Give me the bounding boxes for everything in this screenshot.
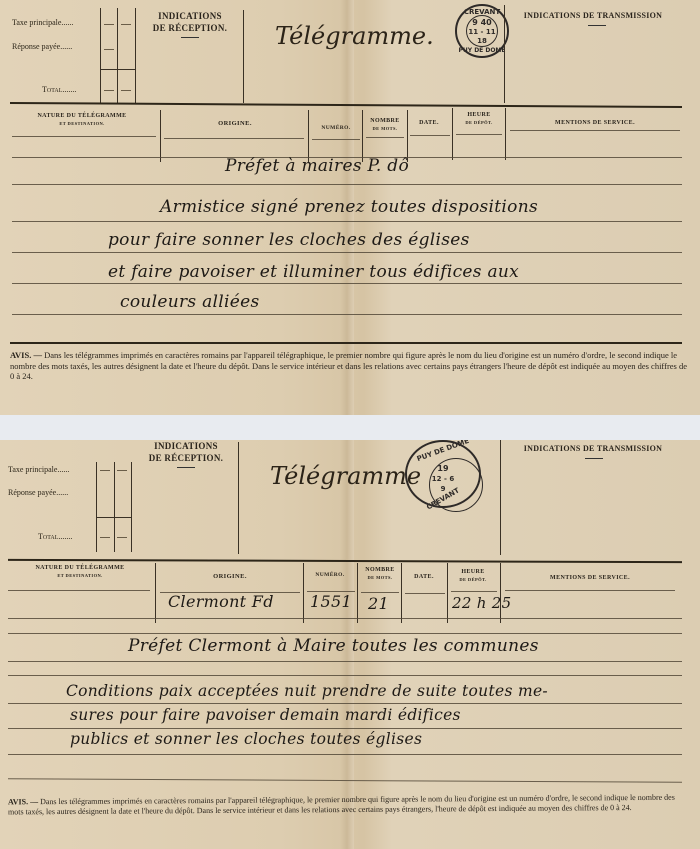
- postmark-office: CREVANT: [457, 7, 507, 17]
- avis-notice: AVIS. — Dans les télégrammes imprimés en…: [8, 793, 692, 818]
- col-nature-line1: NATURE DU TÉLÉGRAMME: [12, 113, 152, 120]
- message-rule: [8, 703, 682, 704]
- message-rule: [8, 728, 682, 729]
- transmission-header-text: INDICATIONS DE TRANSMISSION: [503, 443, 683, 455]
- fee-column-line: [114, 462, 115, 552]
- field-row-rule: [8, 618, 682, 619]
- col-nombre-line2: DE MOTS.: [364, 125, 406, 132]
- col-nature: NATURE DU TÉLÉGRAMME ET DESTINATION.: [10, 565, 150, 579]
- col-heure-depot: HEURE DE DÉPÔT.: [454, 112, 504, 126]
- col-mentions: MENTIONS DE SERVICE.: [505, 575, 675, 582]
- postmark-department: PUY DE DOME: [457, 46, 507, 56]
- telegram-title: Télégramme: [270, 462, 421, 490]
- reception-header-line1: INDICATIONS: [136, 440, 236, 452]
- message-rule: [8, 754, 682, 755]
- col-divider: [155, 563, 156, 623]
- header-rule: [361, 592, 399, 593]
- col-date: DATE.: [403, 574, 445, 581]
- col-heure-line1: HEURE: [454, 112, 504, 119]
- field-nombre-mots: 21: [368, 594, 389, 613]
- fee-dash: [117, 470, 127, 471]
- header-rule: [12, 136, 156, 137]
- field-origine: Clermont Fd: [168, 592, 274, 611]
- postmark-year: 18: [457, 36, 507, 46]
- col-heure-line2: DE DÉPÔT.: [449, 576, 497, 583]
- col-divider: [447, 563, 448, 623]
- fee-column-line: [135, 8, 136, 103]
- col-divider: [160, 110, 161, 162]
- address-line: Préfet Clermont à Maire toutes les commu…: [128, 636, 539, 656]
- col-nombre-line1: NOMBRE: [364, 118, 406, 125]
- col-nombre-line2: DE MOTS.: [359, 574, 401, 581]
- message-rule: [8, 675, 682, 676]
- col-divider: [407, 110, 408, 162]
- fee-dash: [100, 470, 110, 471]
- reception-header-line2: DE RÉCEPTION.: [136, 452, 236, 464]
- reception-header: INDICATIONS DE RÉCEPTION.: [140, 10, 240, 38]
- col-nombre-mots: NOMBRE DE MOTS.: [359, 567, 401, 581]
- reception-divider: [238, 442, 239, 554]
- message-line-4: couleurs alliées: [120, 292, 260, 312]
- header-rule: [410, 135, 450, 136]
- header-underline: [588, 25, 606, 26]
- message-rule: [12, 221, 682, 222]
- fee-column-line: [117, 8, 118, 103]
- total-label: Total.......: [42, 85, 76, 94]
- col-heure-depot: HEURE DE DÉPÔT.: [449, 569, 497, 583]
- header-rule: [8, 590, 150, 591]
- address-line: Préfet à maires P. dô: [225, 156, 409, 176]
- message-line-3: publics et sonner les cloches toutes égl…: [70, 730, 422, 748]
- message-line-1: Armistice signé prenez toutes dispositio…: [160, 197, 538, 217]
- transmission-divider: [500, 440, 501, 555]
- transmission-header-text: INDICATIONS DE TRANSMISSION: [508, 10, 678, 22]
- fee-column-line: [96, 462, 97, 552]
- fee-column-line: [100, 8, 101, 103]
- fee-dash: [100, 537, 110, 538]
- reception-divider: [243, 10, 244, 103]
- header-rule: [510, 130, 680, 131]
- col-numero: NUMÉRO.: [310, 125, 362, 132]
- header-rule: [456, 134, 502, 135]
- telegram-top: Taxe principale...... Réponse payée.....…: [0, 0, 700, 415]
- message-rule: [12, 184, 682, 185]
- col-heure-line1: HEURE: [449, 569, 497, 576]
- header-rule: [312, 139, 360, 140]
- col-nature-line2: ET DESTINATION.: [10, 572, 150, 579]
- col-origine: ORIGINE.: [160, 573, 300, 580]
- fee-dash: [104, 49, 114, 50]
- fee-total-rule: [97, 517, 131, 518]
- col-mentions: MENTIONS DE SERVICE.: [510, 120, 680, 127]
- col-nature-line2: ET DESTINATION.: [12, 120, 152, 127]
- postmark-stamp: PUY DE DOME 19 12 - 6 9 CREVANT: [405, 440, 481, 508]
- transmission-header: INDICATIONS DE TRANSMISSION: [503, 443, 683, 459]
- header-rule: [505, 590, 675, 591]
- postmark-year: 19: [407, 464, 479, 474]
- fee-total-rule: [101, 69, 135, 70]
- fee-dash: [121, 24, 131, 25]
- avis-notice: AVIS. — Dans les télégrammes imprimés en…: [10, 350, 688, 382]
- avis-prefix: AVIS. —: [8, 797, 38, 806]
- col-nature-line1: NATURE DU TÉLÉGRAMME: [10, 565, 150, 572]
- message-line-1: Conditions paix acceptées nuit prendre d…: [66, 682, 548, 700]
- col-nature: NATURE DU TÉLÉGRAMME ET DESTINATION.: [12, 113, 152, 127]
- header-rule: [405, 593, 445, 594]
- col-divider: [505, 108, 506, 160]
- header-rule: [366, 137, 404, 138]
- col-divider: [357, 563, 358, 623]
- total-label: Total.......: [38, 532, 72, 541]
- avis-text: Dans les télégrammes imprimés en caractè…: [8, 793, 675, 817]
- col-divider: [500, 563, 501, 623]
- header-underline: [181, 37, 199, 38]
- message-line-2: pour faire sonner les cloches des église…: [108, 230, 470, 250]
- transmission-header: INDICATIONS DE TRANSMISSION: [508, 10, 678, 26]
- message-rule: [12, 283, 682, 284]
- col-origine: ORIGINE.: [165, 120, 305, 127]
- reception-header: INDICATIONS DE RÉCEPTION.: [136, 440, 236, 468]
- field-numero: 1551: [310, 592, 352, 611]
- col-numero: NUMÉRO.: [305, 572, 355, 579]
- message-line-2: sures pour faire pavoiser demain mardi é…: [70, 706, 461, 724]
- col-date: DATE.: [409, 120, 449, 127]
- message-rule: [8, 661, 682, 662]
- col-nombre-line1: NOMBRE: [359, 567, 401, 574]
- header-underline: [585, 458, 603, 459]
- avis-prefix: AVIS. —: [10, 350, 42, 360]
- message-bottom-border: [10, 342, 682, 344]
- message-rule: [8, 633, 682, 634]
- header-rule: [164, 138, 304, 139]
- col-nombre-mots: NOMBRE DE MOTS.: [364, 118, 406, 132]
- taxe-principale-label: Taxe principale......: [12, 18, 73, 27]
- avis-text: Dans les télégrammes imprimés en caractè…: [10, 350, 687, 381]
- message-rule: [12, 314, 682, 315]
- reception-header-line1: INDICATIONS: [140, 10, 240, 22]
- reponse-payee-label: Réponse payée......: [12, 42, 72, 51]
- reception-header-line2: DE RÉCEPTION.: [140, 22, 240, 34]
- col-heure-line2: DE DÉPÔT.: [454, 119, 504, 126]
- header-underline: [177, 467, 195, 468]
- message-line-3: et faire pavoiser et illuminer tous édif…: [108, 262, 519, 282]
- fee-column-line: [131, 462, 132, 552]
- col-divider: [362, 110, 363, 162]
- fee-dash: [104, 90, 114, 91]
- col-divider: [401, 563, 402, 623]
- reponse-payee-label: Réponse payée......: [8, 488, 68, 497]
- header-rule: [451, 591, 497, 592]
- message-rule: [12, 252, 682, 253]
- telegram-bottom: Taxe principale...... Réponse payée.....…: [0, 440, 700, 849]
- transmission-divider: [504, 5, 505, 103]
- postmark-stamp: CREVANT 9 40 11 - 11 18 PUY DE DOME: [455, 4, 509, 58]
- col-divider: [452, 108, 453, 160]
- fee-dash: [117, 537, 127, 538]
- col-divider: [308, 110, 309, 162]
- fee-dash: [121, 90, 131, 91]
- fee-dash: [104, 24, 114, 25]
- col-divider: [303, 563, 304, 623]
- telegram-title: Télégramme.: [275, 22, 434, 50]
- taxe-principale-label: Taxe principale......: [8, 465, 69, 474]
- field-heure-depot: 22 h 25: [452, 594, 511, 612]
